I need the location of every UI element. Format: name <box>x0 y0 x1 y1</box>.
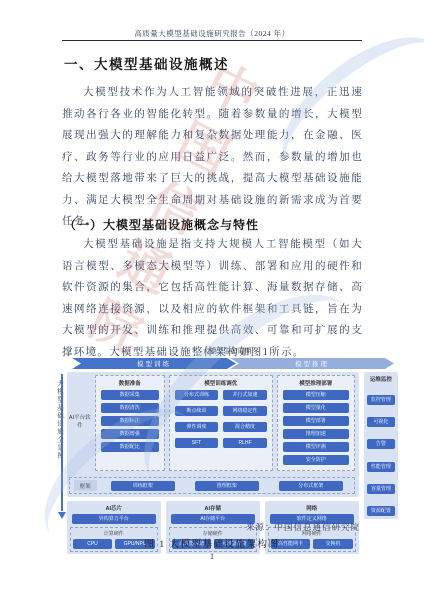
diagram-box: 数据标注 <box>101 416 159 426</box>
header-rule <box>62 40 362 41</box>
arrow-model-training: 模型训练 <box>72 358 236 369</box>
section-heading: 一、大模型基础设施概述 <box>64 53 229 73</box>
diagram-box: 数据采集 <box>101 390 159 400</box>
diagram-box: 数据清洗 <box>101 403 159 413</box>
diagram-box: 断点续训 <box>175 406 219 416</box>
diagram-box: 模型量化 <box>283 403 349 413</box>
diagram-box: 推理加速 <box>283 429 349 439</box>
document-page: 高质量大模型基础设施研究报告（2024 年） 一、大模型基础设施概述 大模型技术… <box>0 0 424 600</box>
framework-row: 框架 训练框架推理框架分布式框架 <box>69 477 355 494</box>
diagram-box: 推理框架 <box>195 481 259 491</box>
diagram-title: 大模型生命周期 <box>56 347 398 357</box>
page-number: 1 <box>0 552 424 561</box>
diagram-box: 分布式训练 <box>175 390 219 400</box>
diagram-box: 容量管理 <box>367 484 395 494</box>
diagram-box: 告警 <box>367 439 395 449</box>
figure-source: 来源：中国信息通信研究院 <box>62 521 360 533</box>
software-panel: AI平台软件 数据准备 数据采集数据清洗数据标注数据增强数据配比 模型训练调优 … <box>67 372 359 497</box>
hardware-title: AI存储 <box>169 504 257 512</box>
diagram-box: 并行式加速 <box>223 390 267 400</box>
figure-caption: 图 1 大模型基础设施架构图 <box>0 536 424 550</box>
rail-arrow-head-icon <box>58 512 66 519</box>
diagram-box: 性能管理 <box>367 462 395 472</box>
group-data-preparation: 数据准备 数据采集数据清洗数据标注数据增强数据配比 <box>95 375 165 471</box>
diagram-box: RLHF <box>223 438 267 448</box>
group-training-tuning: 模型训练调优 分布式训练并行式加速断点续训网络稳定性弹性调度混合精度SFTRLH… <box>169 375 273 471</box>
paragraph-1: 大模型技术作为人工智能领域的突破性进展，正迅速推动各行各业的智能化转型。随着参数… <box>62 82 363 233</box>
left-rail: 大模型基础设施全景图 <box>56 372 67 519</box>
diagram-box: 模型评测 <box>283 442 349 452</box>
diagram-box: 安全防护 <box>283 455 349 465</box>
diagram-box: 分布式框架 <box>279 481 343 491</box>
diagram-box: 训练框架 <box>111 481 175 491</box>
diagram-box: 资源配置 <box>367 506 395 516</box>
diagram-box: 混合精度 <box>223 422 267 432</box>
figure-architecture-diagram: 大模型生命周期 模型训练 模型推理 大模型基础设施全景图 AI平台软件 数据准备 <box>56 347 398 523</box>
hardware-title: 网络 <box>268 504 356 512</box>
rail-arrow-line <box>61 374 63 511</box>
group-inference-deployment: 模型推理部署 模型压缩模型量化模型部署推理加速模型评测安全防护 <box>277 375 355 471</box>
diagram-box: 模型部署 <box>283 416 349 426</box>
diagram-box: 模型压缩 <box>283 390 349 400</box>
lifecycle-arrows: 模型训练 模型推理 <box>72 358 394 369</box>
hardware-title: AI芯片 <box>70 504 158 512</box>
diagram-box: 监控管理 <box>367 395 395 405</box>
diagram-box: 数据增强 <box>101 429 159 439</box>
diagram-box: SFT <box>175 438 219 448</box>
ops-panel: 运维监控 监控管理可视化告警性能管理容量管理资源配置 <box>364 372 398 519</box>
arrow-model-inference: 模型推理 <box>230 358 394 369</box>
diagram-box: 网络稳定性 <box>223 406 267 416</box>
running-head: 高质量大模型基础设施研究报告（2024 年） <box>62 28 362 39</box>
paragraph-2: 大模型基础设施是指支持大规模人工智能模型（如大语言模型、多模态大模型等）训练、部… <box>62 234 363 363</box>
subsection-heading: （一）大模型基础设施概念与特性 <box>64 216 259 233</box>
platform-label: AI平台软件 <box>69 375 91 471</box>
diagram-box: 可视化 <box>367 417 395 427</box>
ops-title: 运维监控 <box>367 375 395 383</box>
diagram-box: 弹性调度 <box>175 422 219 432</box>
diagram-box: 数据配比 <box>101 442 159 452</box>
framework-label: 框架 <box>74 480 97 491</box>
